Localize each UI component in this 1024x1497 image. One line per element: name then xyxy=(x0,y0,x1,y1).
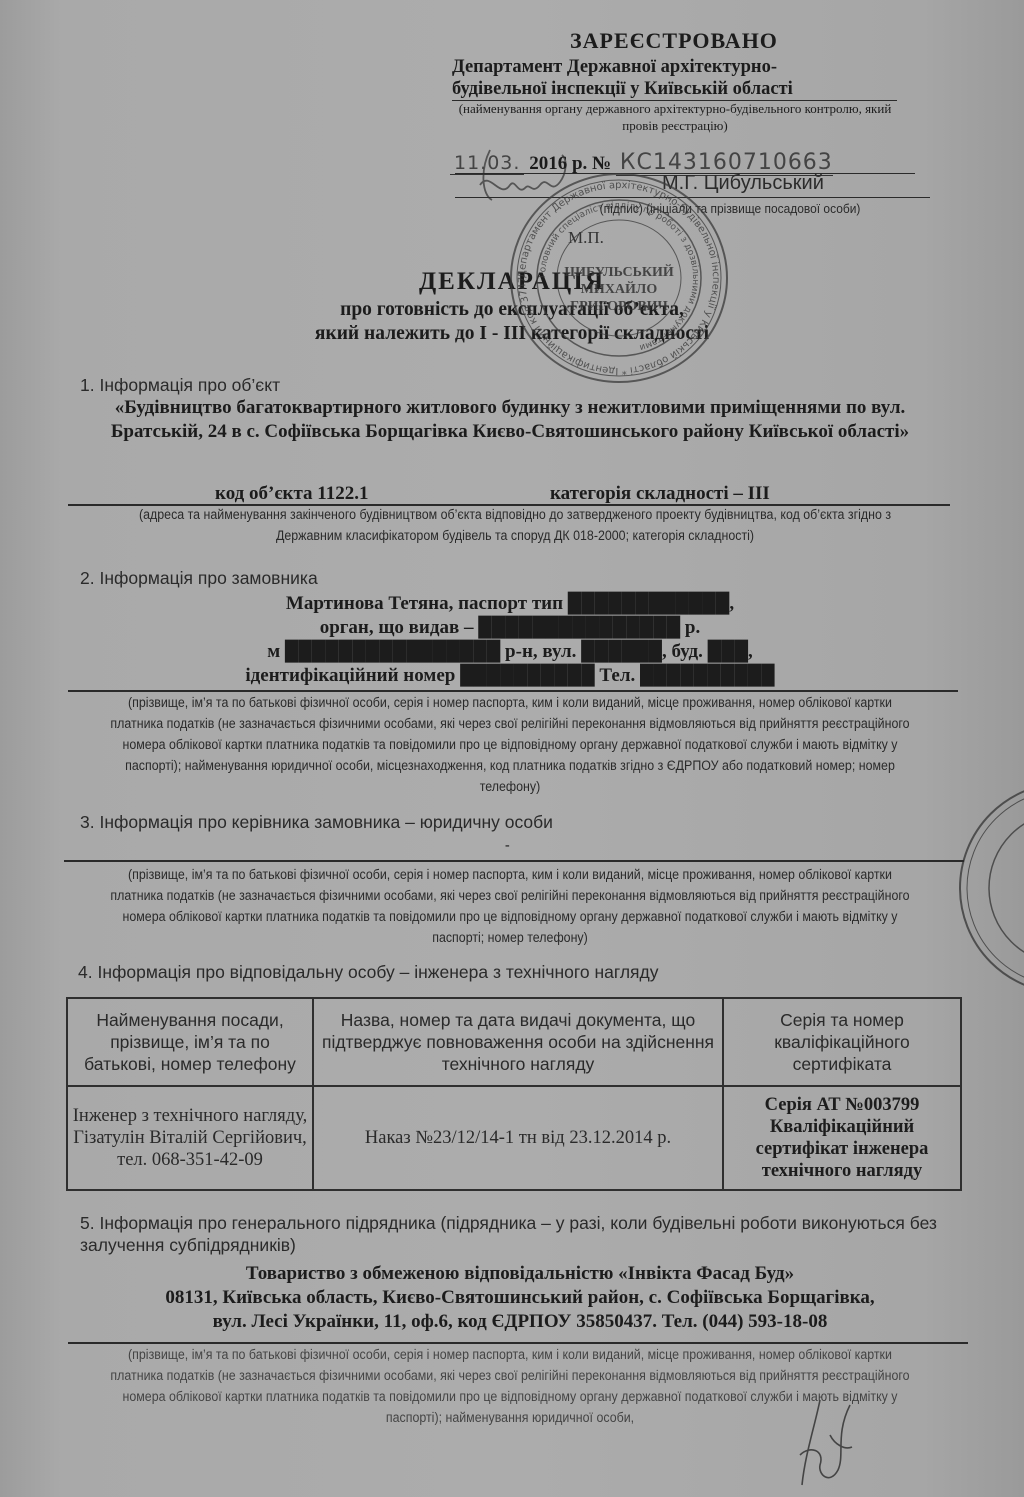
registration-department: Департамент Державної архітектурно- буді… xyxy=(452,56,892,100)
table-row: Інженер з технічного нагляду, Гізатулін … xyxy=(67,1086,961,1190)
customer-line-3: м ████████████████ р-н, вул. ██████, буд… xyxy=(80,640,940,664)
table-header-cell: Назва, номер та дата видачі документа, щ… xyxy=(313,998,723,1086)
object-code: код об’єкта 1122.1 xyxy=(215,482,369,506)
engineer-table: Найменування посади, прізвище, ім’я та п… xyxy=(66,997,962,1191)
order-cell: Наказ №23/12/14-1 тн від 23.12.2014 р. xyxy=(313,1086,723,1190)
director-value: - xyxy=(505,838,510,854)
stamp-center-line-3: ГРИГОРОВИЧ xyxy=(570,299,668,314)
department-line-2: будівельної інспекції у Київській област… xyxy=(452,78,892,100)
section-3-caption: (прізвище, ім’я та по батькові фізичної … xyxy=(105,864,915,948)
section-3-underline xyxy=(64,860,964,862)
stamp-center-line-2: МИХАЙЛО xyxy=(581,280,658,297)
table-header-cell: Найменування посади, прізвище, ім’я та п… xyxy=(67,998,313,1086)
section-1-caption: (адреса та найменування закінченого буді… xyxy=(124,504,906,546)
department-caption: (найменування органу державного архітект… xyxy=(455,100,895,134)
contractor-line-3: вул. Лесі Українки, 11, оф.6, код ЄДРПОУ… xyxy=(80,1310,960,1334)
section-5-heading: 5. Інформація про генерального підрядник… xyxy=(80,1212,940,1256)
section-2-caption: (прізвище, ім’я та по батькові фізичної … xyxy=(105,692,915,797)
section-1-heading: 1. Інформація про об’єкт xyxy=(80,375,280,396)
contractor-info: Товариство з обмеженою відповідальністю … xyxy=(80,1262,960,1334)
object-codes: код об’єкта 1122.1 категорія складності … xyxy=(215,482,975,506)
registration-title: ЗАРЕЄСТРОВАНО xyxy=(570,28,778,54)
customer-info: Мартинова Тетяна, паспорт тип ██████████… xyxy=(80,592,940,688)
engineer-name-cell: Інженер з технічного нагляду, Гізатулін … xyxy=(67,1086,313,1190)
initials-signature-icon xyxy=(790,1395,860,1495)
contractor-line-2: 08131, Київська область, Києво-Святошинс… xyxy=(80,1286,960,1310)
section-2-heading: 2. Інформація про замовника xyxy=(80,568,318,589)
edge-stamp-icon xyxy=(955,778,1024,998)
official-stamp-icon: Департамент Державної архітектурно-будів… xyxy=(505,168,733,388)
object-description: «Будівництво багатоквартирного житлового… xyxy=(70,396,950,444)
customer-line-2: орган, що видав – ███████████████ р. xyxy=(80,616,940,640)
table-header-row: Найменування посади, прізвище, ім’я та п… xyxy=(67,998,961,1086)
customer-line-1: Мартинова Тетяна, паспорт тип ██████████… xyxy=(80,592,940,616)
section-4-heading: 4. Інформація про відповідальну особу – … xyxy=(78,962,658,983)
contractor-line-1: Товариство з обмеженою відповідальністю … xyxy=(80,1262,960,1286)
complexity-category: категорія складності – ІІІ xyxy=(550,482,770,506)
department-line-1: Департамент Державної архітектурно- xyxy=(452,56,892,78)
certificate-cell: Серія АТ №003799 Кваліфікаційний сертифі… xyxy=(723,1086,961,1190)
stamp-center-line-1: ЦИБУЛЬСЬКИЙ xyxy=(564,263,674,280)
customer-line-4: ідентифікаційний номер ██████████ Тел. █… xyxy=(80,664,940,688)
section-3-heading: 3. Інформація про керівника замовника – … xyxy=(80,812,553,833)
table-header-cell: Серія та номер кваліфікаційного сертифік… xyxy=(723,998,961,1086)
